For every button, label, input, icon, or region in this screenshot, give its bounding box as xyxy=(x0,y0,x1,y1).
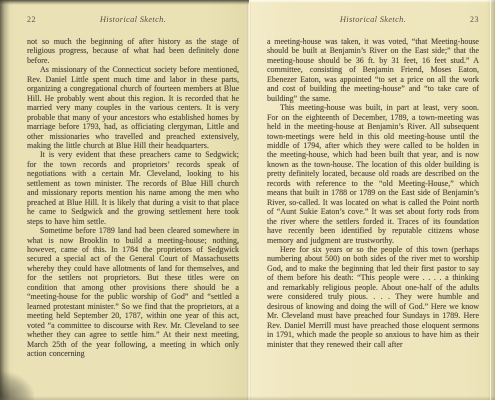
left-page-number: 22 xyxy=(27,15,57,24)
page-edge-right xyxy=(487,0,495,400)
paragraph: Sometime before 1789 land had been clear… xyxy=(27,226,239,358)
paragraph: Here for six years or so the people of t… xyxy=(267,245,479,349)
book-spread: 22 Historical Sketch. not so much the be… xyxy=(0,0,495,400)
right-running-title: Historical Sketch. xyxy=(297,14,449,24)
scan-shadow-left xyxy=(0,0,10,400)
right-page-header: Historical Sketch. 23 xyxy=(267,14,479,25)
left-page-header: 22 Historical Sketch. xyxy=(27,14,239,25)
right-page-content: Historical Sketch. 23 a meeting-house wa… xyxy=(267,14,479,349)
scan-shadow-top-left xyxy=(0,0,249,5)
page-edge-top-right xyxy=(249,0,495,3)
paragraph: not so much the beginning of after histo… xyxy=(27,37,239,65)
left-running-title: Historical Sketch. xyxy=(57,14,209,24)
page-edge-right-highlight xyxy=(490,0,491,400)
left-page-body: not so much the beginning of after histo… xyxy=(27,37,239,358)
paragraph: As missionary of the Connecticut society… xyxy=(27,65,239,150)
scan-shadow-bottom xyxy=(0,396,495,400)
paragraph: This meeting-house was built, in part at… xyxy=(267,103,479,245)
binding-gutter xyxy=(247,0,251,400)
right-page-number: 23 xyxy=(449,15,479,24)
right-page-body: a meeting-house was taken, it was voted,… xyxy=(267,37,479,349)
paragraph: It is very evident that these preachers … xyxy=(27,150,239,226)
left-page-content: 22 Historical Sketch. not so much the be… xyxy=(27,14,239,358)
paragraph: a meeting-house was taken, it was voted,… xyxy=(267,37,479,103)
